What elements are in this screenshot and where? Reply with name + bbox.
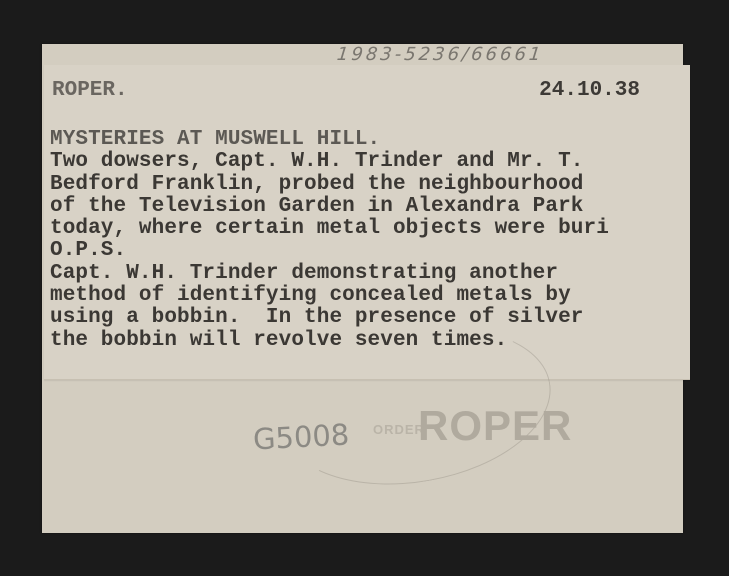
caption-line: of the Television Garden in Alexandra Pa… <box>50 196 690 218</box>
pencil-reference-note: G5008 <box>252 418 350 457</box>
caption-line: today, where certain metal objects were … <box>50 218 690 240</box>
caption-date: 24.10.38 <box>539 79 640 102</box>
photographer-name: ROPER. <box>52 79 128 102</box>
caption-line: using a bobbin. In the presence of silve… <box>50 307 690 329</box>
roper-stamp: ROPER <box>418 402 572 450</box>
typed-caption-slip: ROPER. 24.10.38 MYSTERIES AT MUSWELL HIL… <box>44 65 690 380</box>
caption-title: MYSTERIES AT MUSWELL HILL. <box>50 129 690 151</box>
caption-line: Bedford Franklin, probed the neighbourho… <box>50 174 690 196</box>
caption-line: O.P.S. <box>50 240 690 262</box>
caption-line: method of identifying concealed metals b… <box>50 285 690 307</box>
caption-text: MYSTERIES AT MUSWELL HILL.Two dowsers, C… <box>50 129 690 352</box>
caption-line: Capt. W.H. Trinder demonstrating another <box>50 263 690 285</box>
slip-header: ROPER. 24.10.38 <box>52 79 640 102</box>
caption-line: Two dowsers, Capt. W.H. Trinder and Mr. … <box>50 151 690 173</box>
accession-number: 1983-5236/66661 <box>336 44 545 65</box>
